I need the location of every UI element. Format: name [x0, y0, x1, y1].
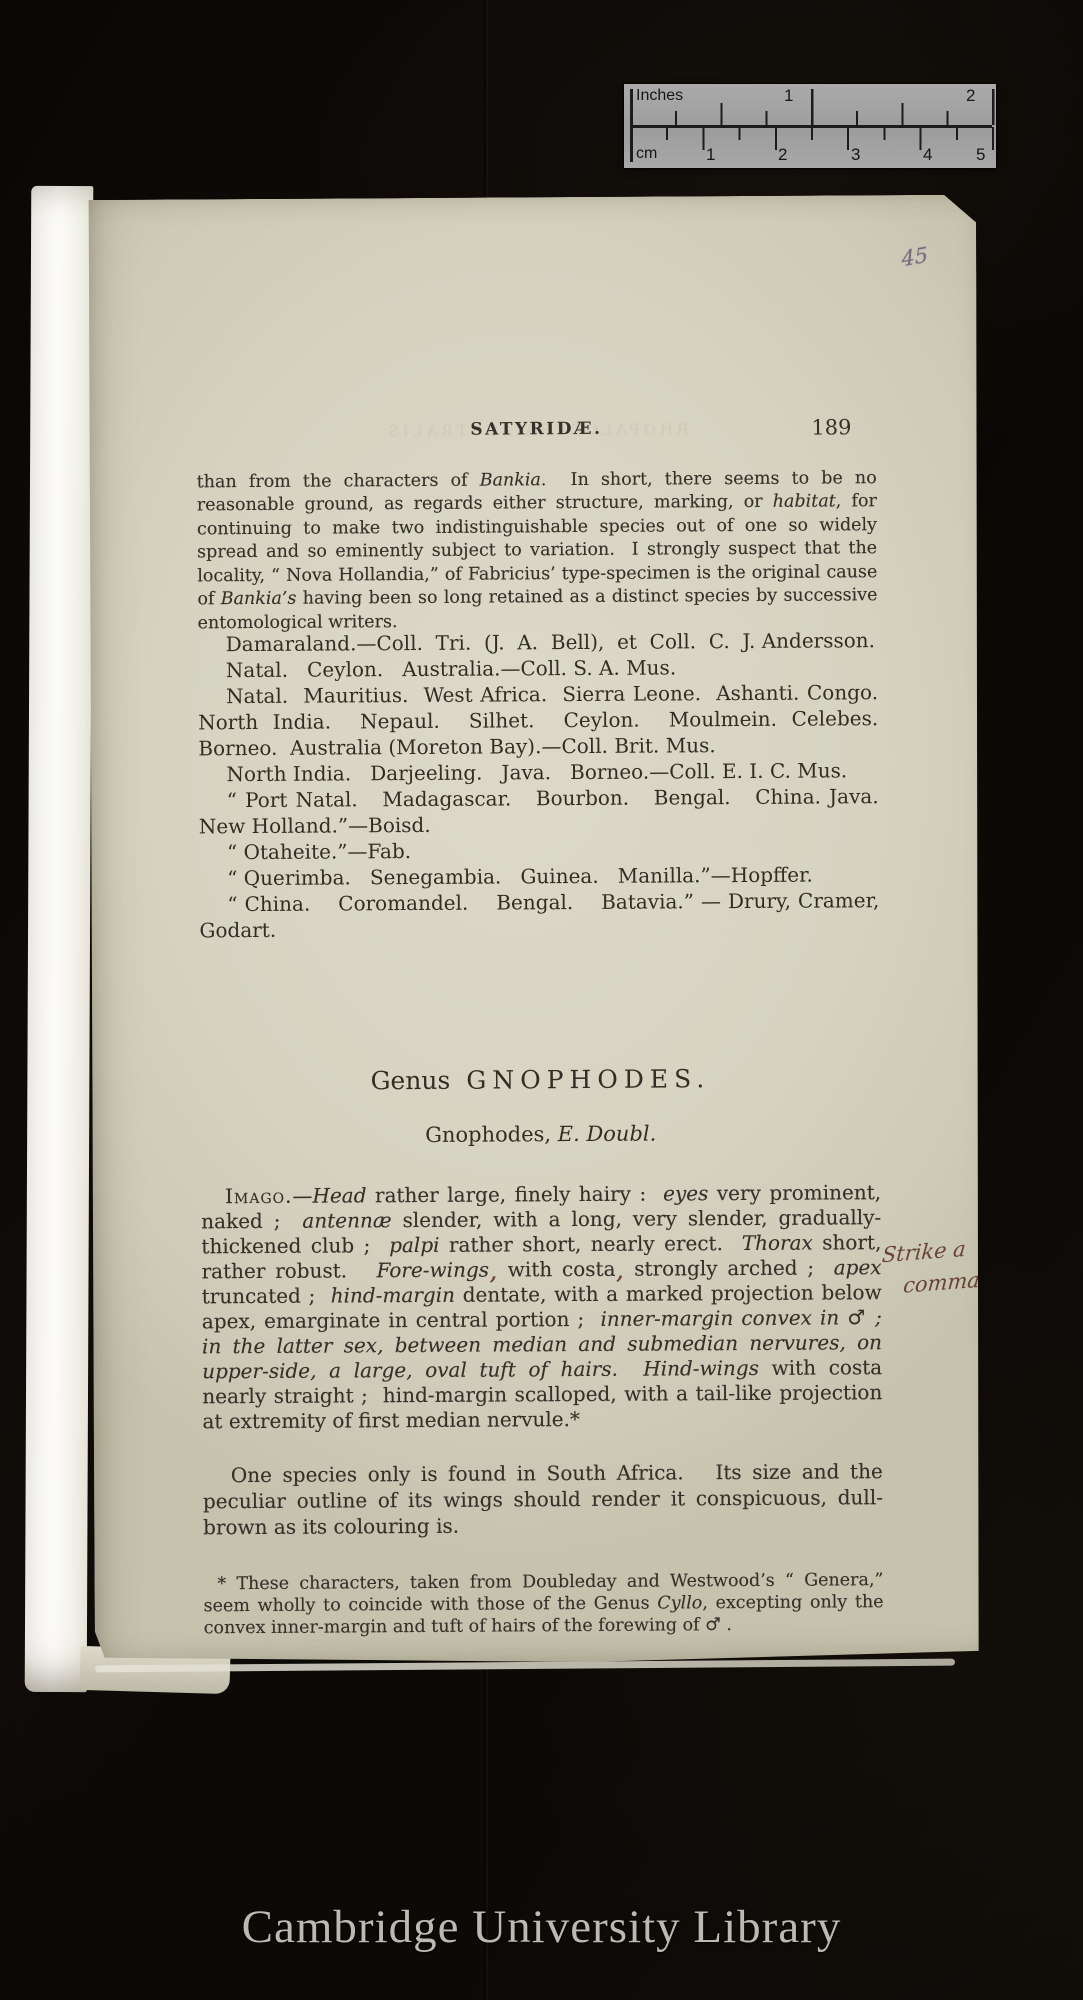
- intro-paragraph: than from the characters of Bankia. In s…: [197, 467, 878, 636]
- locality-paragraph: Damaraland.—Coll. Tri. (J. A. Bell), et …: [198, 627, 878, 657]
- marginalia-note: Strike a comma: [878, 1230, 1003, 1304]
- pencil-folio-number: 45: [901, 243, 929, 272]
- book-page: RHOPALOCERA AUSTRALIS 45 SATYRIDÆ. 189 t…: [86, 195, 985, 1668]
- page-number: 189: [811, 415, 851, 439]
- ruler-inch-number: 2: [966, 86, 975, 106]
- ruler-cm-number: 2: [778, 145, 787, 165]
- facing-page-edge: [25, 186, 94, 1692]
- localities-block: Damaraland.—Coll. Tri. (J. A. Bell), et …: [198, 627, 880, 943]
- color-scale-ruler: Inches cm 1 2 1 2 3 4 5: [624, 84, 996, 168]
- background-cloth-seam-top: [484, 0, 488, 210]
- imago-description-paragraph: Imago.—Head rather large, finely hairy :…: [201, 1180, 883, 1434]
- species-note-paragraph: One species only is found in South Afric…: [203, 1458, 883, 1540]
- genus-heading: GenusGNOPHODES.: [200, 1063, 880, 1096]
- locality-paragraph: Natal. Mauritius. West Africa. Sierra Le…: [198, 679, 878, 761]
- ruler-half-cm-ticks: [630, 127, 996, 140]
- footnote-paragraph: * These characters, taken from Doubleday…: [203, 1569, 883, 1639]
- ruler-cm-number: 4: [923, 145, 932, 165]
- genus-heading-prefix: Genus: [370, 1066, 450, 1095]
- running-head-row: SATYRIDÆ. 189: [196, 417, 876, 451]
- locality-paragraph: “ China. Coromandel. Bengal. Batavia.” —…: [199, 887, 879, 943]
- ruler-inch-number: 1: [784, 86, 793, 106]
- marginalia-line: comma: [902, 1262, 1000, 1302]
- ruler-quarter-inch-ticks: [630, 111, 996, 125]
- marginalia-line: Strike a: [881, 1230, 1003, 1271]
- ruler-cm-number: 5: [976, 145, 985, 165]
- genus-heading-name: GNOPHODES.: [466, 1064, 710, 1094]
- scan-viewport: Inches cm 1 2 1 2 3 4 5 RHOPALOCERA AUST…: [0, 0, 1083, 2000]
- running-head: SATYRIDÆ.: [196, 417, 876, 441]
- genus-synonym-line: Gnophodes, E. Doubl.: [201, 1120, 881, 1148]
- ruler-cm-number: 3: [851, 145, 860, 165]
- locality-paragraph: “ Port Natal. Madagascar. Bourbon. Benga…: [199, 783, 879, 839]
- ruler-cm-number: 1: [706, 145, 715, 165]
- library-watermark: Cambridge University Library: [0, 1900, 1083, 1954]
